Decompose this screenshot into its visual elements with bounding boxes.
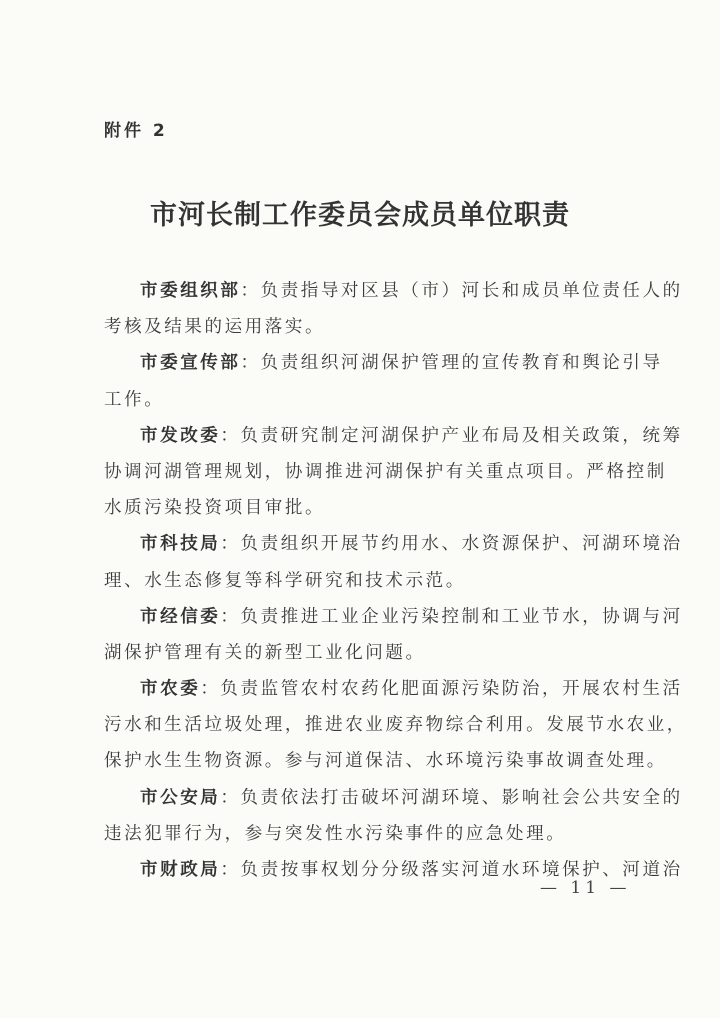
paragraph-line: 市委组织部：负责指导对区县（市）河长和成员单位责任人的	[104, 273, 636, 309]
paragraph-line: 违法犯罪行为，参与突发性水污染事件的应急处理。	[104, 816, 636, 852]
paragraph-line: 市经信委：负责推进工业企业污染控制和工业节水，协调与河	[104, 599, 636, 635]
paragraph-line: 市委宣传部：负责组织河湖保护管理的宣传教育和舆论引导	[104, 345, 636, 381]
page-title: 市河长制工作委员会成员单位职责	[0, 193, 720, 232]
unit-name: 市科技局	[140, 534, 220, 554]
paragraph-line: 工作。	[104, 382, 636, 418]
paragraph-line: 市科技局：负责组织开展节约用水、水资源保护、河湖环境治	[104, 526, 636, 562]
paragraph-line: 水质污染投资项目审批。	[104, 490, 636, 526]
document-page: 附件 2 市河长制工作委员会成员单位职责 市委组织部：负责指导对区县（市）河长和…	[0, 0, 720, 1018]
unit-name: 市公安局	[140, 788, 220, 808]
paragraph-line: 考核及结果的运用落实。	[104, 309, 636, 345]
unit-name: 市委组织部	[140, 281, 241, 301]
unit-name: 市经信委	[140, 607, 220, 627]
paragraph-line: 市公安局：负责依法打击破坏河湖环境、影响社会公共安全的	[104, 780, 636, 816]
paragraph-line: 污水和生活垃圾处理，推进农业废弃物综合利用。发展节水农业，	[104, 707, 636, 743]
paragraph-line: 市农委：负责监管农村农药化肥面源污染防治，开展农村生活	[104, 671, 636, 707]
paragraph-line: 理、水生态修复等科学研究和技术示范。	[104, 563, 636, 599]
unit-name: 市农委	[140, 679, 200, 699]
paragraph-line: 市发改委：负责研究制定河湖保护产业布局及相关政策，统筹	[104, 418, 636, 454]
unit-name: 市发改委	[140, 426, 220, 446]
attachment-label: 附件 2	[104, 116, 168, 141]
unit-name: 市财政局	[140, 860, 220, 880]
paragraph-line: 协调河湖管理规划，协调推进河湖保护有关重点项目。严格控制	[104, 454, 636, 490]
unit-name: 市委宣传部	[140, 353, 241, 373]
paragraph-line: 保护水生生物资源。参与河道保洁、水环境污染事故调查处理。	[104, 743, 636, 779]
document-body: 市委组织部：负责指导对区县（市）河长和成员单位责任人的 考核及结果的运用落实。 …	[104, 273, 636, 888]
paragraph-line: 湖保护管理有关的新型工业化问题。	[104, 635, 636, 671]
page-number: — 11 —	[540, 878, 630, 898]
